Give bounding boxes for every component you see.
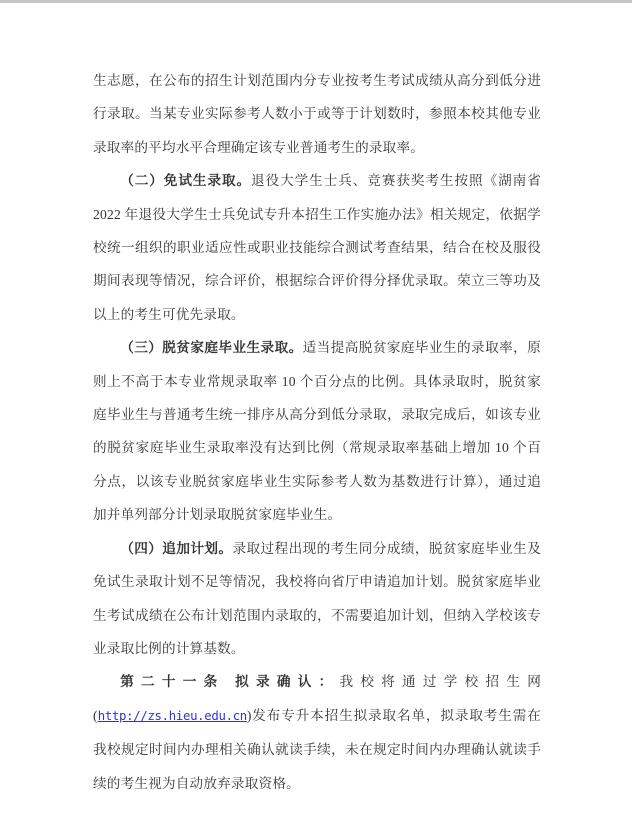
bold-heading-run: （二）免试生录取。 (120, 173, 251, 188)
bold-heading-run: 第二十一条 拟录确认： (120, 674, 339, 689)
text-run: 录取过程出现的考生同分成绩，脱贫家庭毕业生及免试生录取计划不足等情况，我校将向省… (93, 541, 541, 656)
paragraph-poverty-family-graduate-admission: （三）脱贫家庭毕业生录取。适当提高脱贫家庭毕业生的录取率，原则上不高于本专业常规… (93, 331, 541, 531)
document-page: 生志愿，在公布的招生计划范围内分专业按考生考试成绩从高分到低分进行录取。当某专业… (0, 0, 632, 800)
text-run: 退役大学生士兵、竞赛获奖考生按照《湖南省 2022 年退役大学生士兵免试专升本招… (93, 173, 541, 322)
bold-heading-run: （四）追加计划。 (120, 541, 232, 556)
paragraph-exempt-student-admission: （二）免试生录取。退役大学生士兵、竞赛获奖考生按照《湖南省 2022 年退役大学… (93, 164, 541, 331)
text-run: 适当提高脱贫家庭毕业生的录取率，原则上不高于本专业常规录取率 10 个百分点的比… (93, 340, 541, 522)
bold-heading-run: （三）脱贫家庭毕业生录取。 (120, 340, 302, 355)
text-run: 生志愿，在公布的招生计划范围内分专业按考生考试成绩从高分到低分进行录取。当某专业… (93, 73, 541, 155)
paragraph-article-21-admission-confirmation: 第二十一条 拟录确认：我校将通过学校招生网(http://zs.hieu.edu… (93, 665, 541, 800)
paragraph-additional-plan: （四）追加计划。录取过程出现的考生同分成绩，脱贫家庭毕业生及免试生录取计划不足等… (93, 532, 541, 666)
admissions-website-link[interactable]: http://zs.hieu.edu.cn (98, 709, 247, 723)
paragraph-admission-rate-continuation: 生志愿，在公布的招生计划范围内分专业按考生考试成绩从高分到低分进行录取。当某专业… (93, 64, 541, 164)
